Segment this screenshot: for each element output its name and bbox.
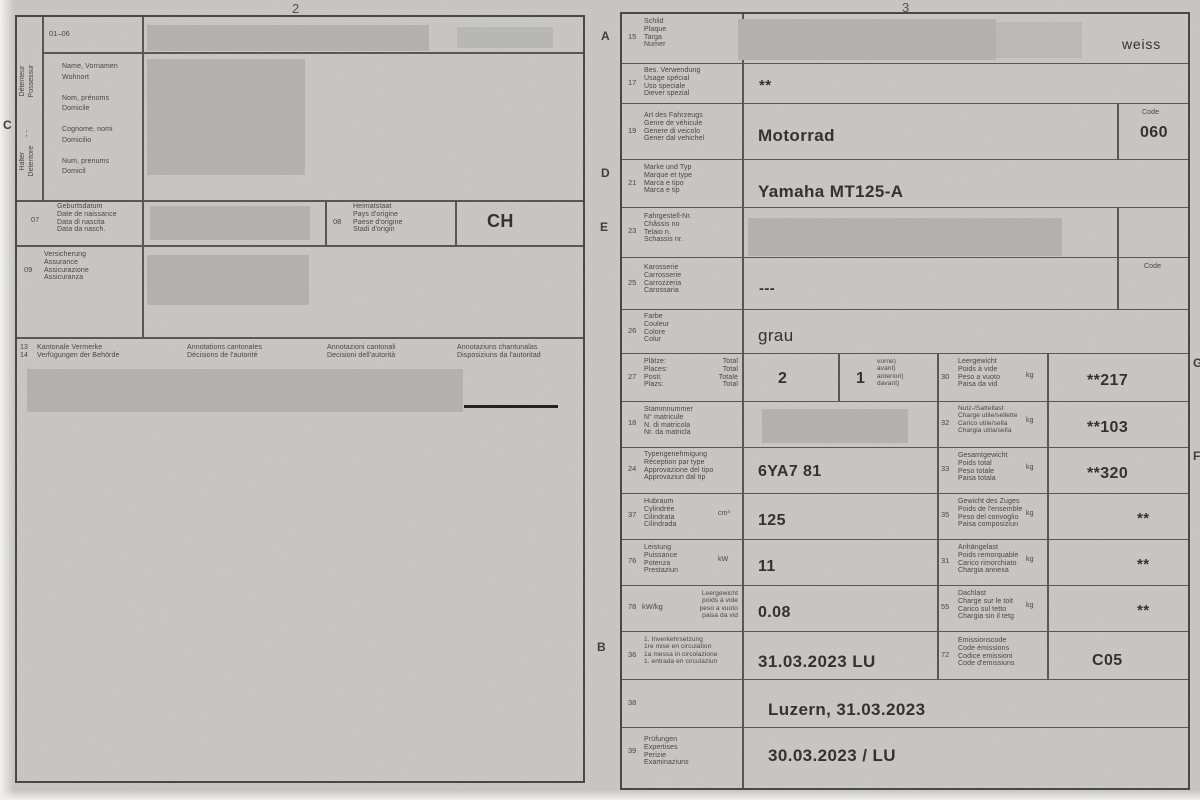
field-23-label: Fahrgestell-Nr. Châssis no Telaio n. Sch…	[644, 213, 691, 244]
field-27-total-value: 2	[778, 370, 787, 388]
field-78-value: 0.08	[758, 604, 791, 622]
redaction-birthdate	[150, 206, 310, 240]
field-19-number: 19	[628, 126, 636, 135]
field-31-number: 31	[941, 556, 949, 565]
margin-marker-a: A	[601, 29, 610, 43]
grid-line	[742, 104, 744, 159]
field-24-value: 6YA7 81	[758, 463, 822, 481]
field-32-label: Nutz-/Sattellast Charge utile/sellette C…	[958, 405, 1018, 434]
field-78-number: 78	[628, 602, 636, 611]
field-07-label: Geburtsdatum Date de naissance Data di n…	[57, 203, 117, 234]
field-78-label: Leergewicht poids à vide peso a vuoto pa…	[674, 590, 738, 619]
field-36-label: 1. Inverkehrsetzung 1re mise en circulat…	[644, 636, 718, 665]
field-25-label: Karosserie Carrosserie Carrozzeria Caros…	[644, 264, 681, 295]
row-39-inspections: 39 Prüfungen Expertises Perizie Examinaz…	[622, 728, 1188, 788]
grid-line	[937, 632, 939, 679]
field-36-value: 31.03.2023 LU	[758, 652, 876, 672]
field-19-code-value: 060	[1140, 124, 1168, 142]
grid-line	[742, 354, 744, 401]
margin-marker-d: D	[601, 166, 610, 180]
row-19-vehicle-type: 19 Art des Fahrzeugs Genre de véhicule G…	[622, 104, 1188, 160]
sidebar-holder-fr-rm: Détenteur Possessur	[0, 72, 67, 92]
redaction-holder	[147, 59, 305, 175]
field-13-14-col3: Annotazioni cantonali Decisioni dell'aut…	[327, 344, 396, 360]
field-76-value: 11	[758, 558, 776, 576]
grid-line	[742, 632, 744, 679]
field-13-14-col4: Annotaziuns chantunalas Disposiziuns da …	[457, 344, 541, 360]
row-26-color: 26 Farbe Couleur Colore Colur grau	[622, 310, 1188, 354]
grid-line	[17, 337, 583, 339]
field-37-label: Hubraum Cylindrée Cilindrata Cilindrada	[644, 498, 677, 529]
signature-line	[464, 405, 558, 408]
field-30-unit: kg	[1026, 372, 1034, 380]
field-26-value: grau	[758, 326, 794, 346]
field-76-unit: kW	[718, 556, 728, 564]
field-37-number: 37	[628, 510, 636, 519]
redaction-plate-number	[147, 25, 429, 51]
field-38-number: 38	[628, 698, 636, 707]
grid-line	[455, 200, 457, 245]
field-19-code-label: Code	[1142, 109, 1159, 117]
grid-line	[742, 258, 744, 309]
redaction-serial	[762, 409, 908, 443]
field-19-label: Art des Fahrzeugs Genre de véhicule Gene…	[644, 112, 704, 143]
field-25-value: ---	[759, 280, 775, 297]
field-55-number: 55	[941, 602, 949, 611]
row-25-body: 25 Karosserie Carrosserie Carrozzeria Ca…	[622, 258, 1188, 310]
field-33-value: **320	[1087, 465, 1128, 483]
grid-line	[1117, 258, 1119, 309]
field-36-number: 36	[628, 650, 636, 659]
field-72-value: C05	[1092, 652, 1123, 670]
field-39-label: Prüfungen Expertises Perizie Examinaziun…	[644, 736, 689, 767]
row-78-kw-kg-55-roof-load: 78 kW/kg Leergewicht poids à vide peso a…	[622, 586, 1188, 632]
grid-line	[742, 64, 744, 103]
field-15-label: Schild Plaque Targa Numer	[644, 18, 666, 49]
field-25-code-label: Code	[1144, 263, 1161, 271]
redaction-chassis	[748, 218, 1062, 256]
field-55-label: Dachlast Charge sur le toit Carico sul t…	[958, 590, 1014, 621]
grid-line	[1047, 402, 1049, 447]
redaction-plate	[738, 19, 996, 60]
field-17-value: **	[759, 77, 771, 94]
grid-line	[742, 586, 744, 631]
field-35-label: Gewicht des Zuges Poids de l'ensemble Pe…	[958, 498, 1022, 529]
field-38-value: Luzern, 31.03.2023	[768, 700, 925, 720]
field-15-value: weiss	[1122, 36, 1161, 52]
field-27-front-label: vorne) avant) anteriori) davant)	[877, 358, 904, 387]
field-27-label-total: Total Total Totale Total	[704, 358, 738, 389]
right-page: 15 Schild Plaque Targa Numer weiss 17 Be…	[620, 12, 1190, 790]
field-17-number: 17	[628, 78, 636, 87]
redaction-annotations	[27, 369, 463, 412]
page-number-left: 2	[292, 1, 299, 16]
grid-line	[742, 160, 744, 207]
grid-line	[742, 540, 744, 585]
redaction-small	[457, 27, 553, 48]
row-23-chassis-number: 23 Fahrgestell-Nr. Châssis no Telaio n. …	[622, 208, 1188, 258]
field-72-number: 72	[941, 650, 949, 659]
row-15-plate: 15 Schild Plaque Targa Numer weiss	[622, 14, 1188, 64]
grid-line	[1047, 586, 1049, 631]
holder-labels: Name, Vornamen Wohnort Nom, prénoms Domi…	[62, 62, 118, 178]
field-76-label: Leistung Puissance Potenza Prestaziun	[644, 544, 678, 575]
field-08-number: 08	[333, 217, 341, 226]
redaction-plate-2	[996, 22, 1082, 58]
field-26-number: 26	[628, 326, 636, 335]
field-30-number: 30	[941, 372, 949, 381]
row-37-displacement-35-train-weight: 37 Hubraum Cylindrée Cilindrata Cilindra…	[622, 494, 1188, 540]
grid-line	[1117, 208, 1119, 257]
grid-line	[937, 448, 939, 493]
row-18-serial-32-payload: 18 Stammnummer N° matricule N. di matric…	[622, 402, 1188, 448]
field-15-number: 15	[628, 32, 636, 41]
field-55-unit: kg	[1026, 602, 1034, 610]
field-31-label: Anhängelast Poids remorquable Carico rim…	[958, 544, 1018, 575]
field-33-unit: kg	[1026, 464, 1034, 472]
row-76-power-31-trailer-load: 76 Leistung Puissance Potenza Prestaziun…	[622, 540, 1188, 586]
grid-line	[742, 402, 744, 447]
field-32-unit: kg	[1026, 417, 1034, 425]
left-page: Détenteur Possessur - - Halter Detentore…	[15, 15, 585, 783]
grid-line	[742, 208, 744, 257]
grid-line	[937, 354, 939, 401]
grid-line	[838, 354, 840, 401]
field-35-value: **	[1137, 510, 1149, 527]
field-21-number: 21	[628, 178, 636, 187]
margin-marker-f: F	[1193, 449, 1200, 463]
field-19-value: Motorrad	[758, 126, 835, 146]
row-21-make-type: 21 Marke und Typ Marque et type Marca e …	[622, 160, 1188, 208]
grid-line	[1117, 104, 1119, 159]
row-27-seats-30-empty-weight: 27 Plätze: Places: Posti: Plazs: Total T…	[622, 354, 1188, 402]
sidebar-holder-de-it: Halter Detentore	[0, 152, 59, 172]
field-33-label: Gesamtgewicht Poids total Peso totale Pa…	[958, 452, 1008, 483]
field-09-number: 09	[24, 265, 32, 274]
field-35-unit: kg	[1026, 510, 1034, 518]
grid-line	[1047, 354, 1049, 401]
field-18-label: Stammnummer N° matricule N. di matricola…	[644, 406, 693, 437]
grid-line	[742, 494, 744, 539]
field-27-front-value: 1	[856, 370, 865, 388]
field-55-value: **	[1137, 602, 1149, 619]
field-21-value: Yamaha MT125-A	[758, 182, 903, 202]
margin-marker-e: E	[600, 220, 608, 234]
field-72-label: Emissionscode Code émissions Codice emis…	[958, 637, 1015, 668]
field-39-number: 39	[628, 746, 636, 755]
field-30-value: **217	[1087, 372, 1128, 390]
row-24-type-approval-33-total-weight: 24 Typengenehmigung Réception par type A…	[622, 448, 1188, 494]
row-38-issue-place-date: 38 Luzern, 31.03.2023	[622, 680, 1188, 728]
grid-line	[42, 52, 583, 54]
field-09-label: Versicherung Assurance Assicurazione Ass…	[44, 251, 89, 282]
field-18-number: 18	[628, 418, 636, 427]
field-37-value: 125	[758, 512, 786, 530]
field-37-unit: cm³	[718, 510, 730, 518]
margin-marker-g: G	[1193, 356, 1200, 370]
field-21-label: Marke und Typ Marque et type Marca e tip…	[644, 164, 692, 195]
field-23-number: 23	[628, 226, 636, 235]
field-24-label: Typengenehmigung Réception par type Appr…	[644, 451, 713, 482]
grid-line	[742, 680, 744, 727]
field-76-number: 76	[628, 556, 636, 565]
field-17-label: Bes. Verwendung Usage spécial Uso specia…	[644, 67, 700, 98]
grid-line	[937, 540, 939, 585]
field-27-label: Plätze: Places: Posti: Plazs:	[644, 358, 668, 389]
field-33-number: 33	[941, 464, 949, 473]
field-39-value: 30.03.2023 / LU	[768, 746, 896, 766]
field-13-14-number: 13 14	[20, 344, 28, 360]
grid-line	[42, 17, 44, 200]
field-32-number: 32	[941, 418, 949, 427]
field-32-value: **103	[1087, 419, 1128, 437]
grid-line	[937, 494, 939, 539]
scan-edge-bottom	[0, 790, 1200, 800]
grid-line	[1047, 494, 1049, 539]
field-08-label: Heimatstaat Pays d'origine Paese d'origi…	[353, 203, 403, 234]
grid-line	[742, 728, 744, 788]
field-13-14-col1: Kantonale Vermerke Verfügungen der Behör…	[37, 344, 119, 360]
field-30-label: Leergewicht Poids à vide Peso a vuoto Pa…	[958, 358, 1000, 389]
grid-line	[742, 448, 744, 493]
field-31-value: **	[1137, 556, 1149, 573]
field-26-label: Farbe Couleur Colore Colur	[644, 313, 669, 344]
field-24-number: 24	[628, 464, 636, 473]
grid-line	[937, 402, 939, 447]
grid-line	[1047, 448, 1049, 493]
field-13-14-col2: Annotations cantonales Décisions de l'au…	[187, 344, 262, 360]
grid-line	[325, 200, 327, 245]
field-31-unit: kg	[1026, 556, 1034, 564]
field-78-prefix: kW/kg	[642, 602, 663, 611]
grid-line	[17, 245, 583, 247]
grid-line	[17, 200, 583, 202]
grid-line	[1047, 632, 1049, 679]
field-08-value: CH	[487, 211, 514, 232]
row-17-special-use: 17 Bes. Verwendung Usage spécial Uso spe…	[622, 64, 1188, 104]
field-35-number: 35	[941, 510, 949, 519]
grid-line	[1047, 540, 1049, 585]
margin-marker-b: B	[597, 640, 606, 654]
grid-line	[742, 310, 744, 353]
field-07-number: 07	[31, 215, 39, 224]
field-01-06-number: 01–06	[49, 29, 70, 38]
grid-line	[937, 586, 939, 631]
field-25-number: 25	[628, 278, 636, 287]
redaction-insurance	[147, 255, 309, 305]
grid-line	[142, 17, 144, 337]
field-27-number: 27	[628, 372, 636, 381]
row-36-first-registration-72-emissions: 36 1. Inverkehrsetzung 1re mise en circu…	[622, 632, 1188, 680]
